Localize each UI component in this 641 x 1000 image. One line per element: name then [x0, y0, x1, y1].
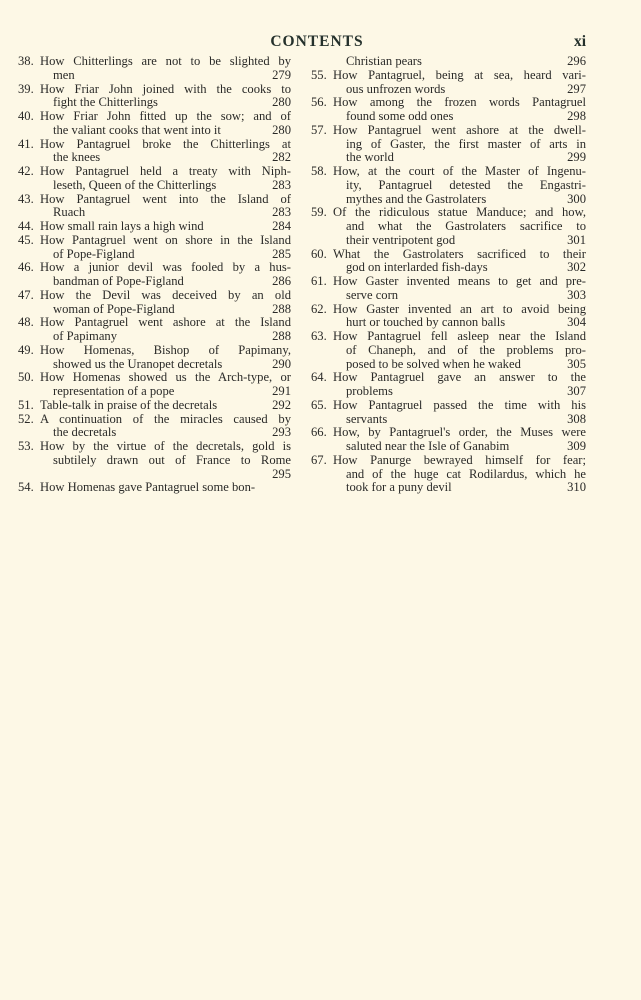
chapter-title-text: Of the ridiculous statue Manduce; and ho…	[333, 206, 586, 220]
page-ref: 279	[272, 69, 291, 83]
chapter-title-text: posed to be solved when he waked	[346, 357, 521, 371]
entry-line: subtilely drawn out of France to Rome	[18, 454, 291, 468]
contents-entry: 51.Table-talk in praise of the decretals…	[18, 399, 291, 413]
entry-line: 46.How a junior devil was fooled by a hu…	[18, 261, 291, 275]
entry-line: serve corn303	[311, 289, 586, 303]
entry-line: 45.How Pantagruel went on shore in the I…	[18, 234, 291, 248]
chapter-title-text: How Pantagruel held a treaty with Niph-	[40, 165, 291, 179]
chapter-title-text: ity, Pantagruel detested the Engastri-	[346, 179, 586, 193]
page-ref: 301	[567, 234, 586, 248]
entry-line: ing of Gaster, the first master of arts …	[311, 138, 586, 152]
chapter-title-text: servants	[346, 412, 387, 426]
page-ref: 307	[567, 385, 586, 399]
entry-line: the world299	[311, 151, 586, 165]
entry-line: 295	[18, 468, 291, 482]
contents-entry: 46.How a junior devil was fooled by a hu…	[18, 261, 291, 289]
entry-line: took for a puny devil310	[311, 481, 586, 495]
chapter-title-text: problems	[346, 384, 393, 398]
chapter-number: 58.	[311, 165, 333, 179]
entry-line: their ventripotent god301	[311, 234, 586, 248]
contents-entry: 58.How, at the court of the Master of In…	[311, 165, 586, 206]
page-ref: 288	[272, 303, 291, 317]
contents-entry: 45.How Pantagruel went on shore in the I…	[18, 234, 291, 262]
chapter-title-text: How a junior devil was fooled by a hus-	[40, 261, 291, 275]
entry-line: 44.How small rain lays a high wind284	[18, 220, 291, 234]
chapter-title-text: How Gaster invented an art to avoid bein…	[333, 303, 586, 317]
entry-line: of Papimany288	[18, 330, 291, 344]
entry-line: found some odd ones298	[311, 110, 586, 124]
chapter-title-text: took for a puny devil	[346, 480, 452, 494]
contents-entry: 42.How Pantagruel held a treaty with Nip…	[18, 165, 291, 193]
chapter-number: 45.	[18, 234, 40, 248]
chapter-number: 65.	[311, 399, 333, 413]
contents-entry: 56.How among the frozen words Pantagruel…	[311, 96, 586, 124]
entry-line: 54.How Homenas gave Pantagruel some bon-	[18, 481, 291, 495]
entry-line: woman of Pope-Figland288	[18, 303, 291, 317]
chapter-title-text: How Pantagruel went ashore at the dwell-	[333, 124, 586, 138]
page-ref: 284	[272, 220, 291, 234]
page-ref: 283	[272, 206, 291, 220]
chapter-title-text: How the Devil was deceived by an old	[40, 289, 291, 303]
entry-line: the valiant cooks that went into it280	[18, 124, 291, 138]
chapter-number: 60.	[311, 248, 333, 262]
contents-entry: 39.How Friar John joined with the cooks …	[18, 83, 291, 111]
entry-line: 63.How Pantagruel fell asleep near the I…	[311, 330, 586, 344]
chapter-title-text: How Friar John joined with the cooks to	[40, 83, 291, 97]
page-ref: 303	[567, 289, 586, 303]
chapter-title-text: of Papimany	[53, 329, 117, 343]
entry-line: 43.How Pantagruel went into the Island o…	[18, 193, 291, 207]
page-ref: 280	[272, 124, 291, 138]
chapter-title-text: How among the frozen words Pantagruel	[333, 96, 586, 110]
contents-entry: 40.How Friar John fitted up the sow; and…	[18, 110, 291, 138]
entry-line: 59.Of the ridiculous statue Manduce; and…	[311, 206, 586, 220]
contents-entry: 63.How Pantagruel fell asleep near the I…	[311, 330, 586, 371]
contents-entry: 66.How, by Pantagruel's order, the Muses…	[311, 426, 586, 454]
chapter-title-text: showed us the Uranopet decretals	[53, 357, 222, 371]
chapter-title-text: of Pope-Figland	[53, 247, 135, 261]
chapter-title-text: How Chitterlings are not to be slighted …	[40, 55, 291, 69]
contents-entry: 53.How by the virtue of the decretals, g…	[18, 440, 291, 481]
chapter-title-text: How Homenas showed us the Arch-type, or	[40, 371, 291, 385]
entry-line: 66.How, by Pantagruel's order, the Muses…	[311, 426, 586, 440]
page-ref: 283	[272, 179, 291, 193]
entry-line: of Chaneph, and of the problems pro-	[311, 344, 586, 358]
chapter-title-text: How Homenas, Bishop of Papimany,	[40, 344, 291, 358]
page-ref: 297	[567, 83, 586, 97]
chapter-title-text: How Pantagruel gave an answer to the	[333, 371, 586, 385]
chapter-title-text: How Pantagruel went on shore in the Isla…	[40, 234, 291, 248]
entry-line: 39.How Friar John joined with the cooks …	[18, 83, 291, 97]
contents-column-left: 38.How Chitterlings are not to be slight…	[18, 55, 291, 495]
chapter-title-text: Table-talk in praise of the decretals	[40, 398, 217, 412]
chapter-title-text: of Chaneph, and of the problems pro-	[346, 344, 586, 358]
entry-line: 58.How, at the court of the Master of In…	[311, 165, 586, 179]
entry-line: 40.How Friar John fitted up the sow; and…	[18, 110, 291, 124]
contents-entry: 65.How Pantagruel passed the time with h…	[311, 399, 586, 427]
page-ref: 293	[272, 426, 291, 440]
chapter-title-text: and of the huge cat Rodilardus, which he	[346, 468, 586, 482]
page-ref: 299	[567, 151, 586, 165]
chapter-title-text: subtilely drawn out of France to Rome	[53, 454, 291, 468]
chapter-title-text: bandman of Pope-Figland	[53, 274, 184, 288]
chapter-title-text: How Homenas gave Pantagruel some bon-	[40, 480, 255, 494]
entry-line: 61.How Gaster invented means to get and …	[311, 275, 586, 289]
chapter-number: 48.	[18, 316, 40, 330]
chapter-title-text: the decretals	[53, 425, 116, 439]
page-ref: 295	[272, 468, 291, 482]
entry-line: 62.How Gaster invented an art to avoid b…	[311, 303, 586, 317]
chapter-title-text: the valiant cooks that went into it	[53, 123, 221, 137]
chapter-number: 41.	[18, 138, 40, 152]
page-ref: 290	[272, 358, 291, 372]
chapter-title-text: How Pantagruel went into the Island of	[40, 193, 291, 207]
entry-line: 56.How among the frozen words Pantagruel	[311, 96, 586, 110]
contents-entry: 41.How Pantagruel broke the Chitterlings…	[18, 138, 291, 166]
entry-line: 67.How Panurge bewrayed himself for fear…	[311, 454, 586, 468]
entry-line: and what the Gastrolaters sacrifice to	[311, 220, 586, 234]
page-ref: 291	[272, 385, 291, 399]
entry-line: 50.How Homenas showed us the Arch-type, …	[18, 371, 291, 385]
chapter-title-text: leseth, Queen of the Chitterlings	[53, 178, 216, 192]
chapter-title-text: found some odd ones	[346, 109, 453, 123]
chapter-title-text: How, at the court of the Master of Ingen…	[333, 165, 586, 179]
contents-entry: 43.How Pantagruel went into the Island o…	[18, 193, 291, 221]
entry-line: 47.How the Devil was deceived by an old	[18, 289, 291, 303]
chapter-number: 55.	[311, 69, 333, 83]
chapter-number: 67.	[311, 454, 333, 468]
chapter-number: 62.	[311, 303, 333, 317]
entry-line: 41.How Pantagruel broke the Chitterlings…	[18, 138, 291, 152]
chapter-number: 57.	[311, 124, 333, 138]
chapter-title-text: the knees	[53, 150, 100, 164]
entry-line: 42.How Pantagruel held a treaty with Nip…	[18, 165, 291, 179]
chapter-number: 50.	[18, 371, 40, 385]
chapter-title-text: How Pantagruel broke the Chitterlings at	[40, 138, 291, 152]
chapter-number: 44.	[18, 220, 40, 234]
entry-line: saluted near the Isle of Ganabim309	[311, 440, 586, 454]
book-page: CONTENTS xi 38.How Chitterlings are not …	[0, 0, 641, 1000]
entry-line: 48.How Pantagruel went ashore at the Isl…	[18, 316, 291, 330]
chapter-number: 39.	[18, 83, 40, 97]
chapter-number: 51.	[18, 399, 40, 413]
chapter-title-text: serve corn	[346, 288, 398, 302]
running-head: CONTENTS xi	[18, 33, 586, 53]
chapter-number: 64.	[311, 371, 333, 385]
chapter-title-text: How small rain lays a high wind	[40, 219, 204, 233]
chapter-number: 61.	[311, 275, 333, 289]
entry-line: problems307	[311, 385, 586, 399]
contents-entry: 38.How Chitterlings are not to be slight…	[18, 55, 291, 83]
chapter-title-text: the world	[346, 150, 394, 164]
contents-entry: 52.A continuation of the miracles caused…	[18, 413, 291, 441]
chapter-number: 54.	[18, 481, 40, 495]
page-ref: 304	[567, 316, 586, 330]
chapter-title-text: How Friar John fitted up the sow; and of	[40, 110, 291, 124]
page-ref: 310	[567, 481, 586, 495]
page-ref: 298	[567, 110, 586, 124]
page-ref: 292	[272, 399, 291, 413]
contents-entry: 64.How Pantagruel gave an answer to thep…	[311, 371, 586, 399]
contents-entry: Christian pears296	[311, 55, 586, 69]
entry-line: bandman of Pope-Figland286	[18, 275, 291, 289]
entry-line: leseth, Queen of the Chitterlings283	[18, 179, 291, 193]
chapter-title-text: How Pantagruel passed the time with his	[333, 399, 586, 413]
chapter-title-text: hurt or touched by cannon balls	[346, 315, 505, 329]
entry-line: 38.How Chitterlings are not to be slight…	[18, 55, 291, 69]
chapter-title-text: representation of a pope	[53, 384, 174, 398]
contents-entry: 60.What the Gastrolaters sacrificed to t…	[311, 248, 586, 276]
entry-line: posed to be solved when he waked305	[311, 358, 586, 372]
entry-line: showed us the Uranopet decretals290	[18, 358, 291, 372]
page-ref: 309	[567, 440, 586, 454]
entry-line: 52.A continuation of the miracles caused…	[18, 413, 291, 427]
chapter-title-text: ous unfrozen words	[346, 82, 445, 96]
entry-line: fight the Chitterlings280	[18, 96, 291, 110]
contents-entry: 57.How Pantagruel went ashore at the dwe…	[311, 124, 586, 165]
contents-entry: 50.How Homenas showed us the Arch-type, …	[18, 371, 291, 399]
entry-line: and of the huge cat Rodilardus, which he	[311, 468, 586, 482]
chapter-number: 49.	[18, 344, 40, 358]
chapter-title-text: mythes and the Gastrolaters	[346, 192, 486, 206]
page-ref: 308	[567, 413, 586, 427]
contents-entry: 47.How the Devil was deceived by an oldw…	[18, 289, 291, 317]
entry-line: hurt or touched by cannon balls304	[311, 316, 586, 330]
entry-line: 49.How Homenas, Bishop of Papimany,	[18, 344, 291, 358]
chapter-title-text: How Pantagruel went ashore at the Island	[40, 316, 291, 330]
contents-entry: 59.Of the ridiculous statue Manduce; and…	[311, 206, 586, 247]
chapter-number: 66.	[311, 426, 333, 440]
page-ref: 280	[272, 96, 291, 110]
entry-line: the decretals293	[18, 426, 291, 440]
entry-line: Christian pears296	[311, 55, 586, 69]
chapter-title-text: Ruach	[53, 205, 85, 219]
chapter-number: 42.	[18, 165, 40, 179]
chapter-number: 38.	[18, 55, 40, 69]
chapter-title-text: Christian pears	[346, 54, 422, 68]
entry-line: 53.How by the virtue of the decretals, g…	[18, 440, 291, 454]
entry-line: men279	[18, 69, 291, 83]
entry-line: 57.How Pantagruel went ashore at the dwe…	[311, 124, 586, 138]
page-ref: 282	[272, 151, 291, 165]
entry-line: the knees282	[18, 151, 291, 165]
chapter-number: 53.	[18, 440, 40, 454]
chapter-number: 63.	[311, 330, 333, 344]
contents-entry: 48.How Pantagruel went ashore at the Isl…	[18, 316, 291, 344]
entry-line: 51.Table-talk in praise of the decretals…	[18, 399, 291, 413]
entry-line: servants308	[311, 413, 586, 427]
chapter-title-text: How Pantagruel, being at sea, heard vari…	[333, 69, 586, 83]
contents-entry: 62.How Gaster invented an art to avoid b…	[311, 303, 586, 331]
page-ref: 296	[567, 55, 586, 69]
chapter-title-text: How, by Pantagruel's order, the Muses we…	[333, 426, 586, 440]
chapter-title-text: How Gaster invented means to get and pre…	[333, 275, 586, 289]
entry-line: 55.How Pantagruel, being at sea, heard v…	[311, 69, 586, 83]
entry-line: ous unfrozen words297	[311, 83, 586, 97]
page-ref: 302	[567, 261, 586, 275]
entry-line: god on interlarded fish-days302	[311, 261, 586, 275]
contents-entry: 67.How Panurge bewrayed himself for fear…	[311, 454, 586, 495]
page-ref: 286	[272, 275, 291, 289]
page-ref: 285	[272, 248, 291, 262]
entry-line: Ruach283	[18, 206, 291, 220]
page-title: CONTENTS	[18, 33, 586, 51]
chapter-number: 59.	[311, 206, 333, 220]
chapter-title-text: A continuation of the miracles caused by	[40, 413, 291, 427]
chapter-title-text: god on interlarded fish-days	[346, 260, 488, 274]
page-ref: 305	[567, 358, 586, 372]
entry-line: 65.How Pantagruel passed the time with h…	[311, 399, 586, 413]
chapter-number: 46.	[18, 261, 40, 275]
contents-column-right: Christian pears29655.How Pantagruel, bei…	[311, 55, 586, 495]
chapter-title-text: men	[53, 68, 75, 82]
entry-line: of Pope-Figland285	[18, 248, 291, 262]
page-ref: 300	[567, 193, 586, 207]
entry-line: representation of a pope291	[18, 385, 291, 399]
contents-entry: 44.How small rain lays a high wind284	[18, 220, 291, 234]
chapter-title-text: saluted near the Isle of Ganabim	[346, 439, 509, 453]
chapter-number: 43.	[18, 193, 40, 207]
chapter-title-text: their ventripotent god	[346, 233, 455, 247]
chapter-number: 52.	[18, 413, 40, 427]
page-ref: 288	[272, 330, 291, 344]
chapter-title-text: How by the virtue of the decretals, gold…	[40, 440, 291, 454]
entry-line: ity, Pantagruel detested the Engastri-	[311, 179, 586, 193]
chapter-title-text: and what the Gastrolaters sacrifice to	[346, 220, 586, 234]
chapter-title-text: woman of Pope-Figland	[53, 302, 175, 316]
entry-line: mythes and the Gastrolaters300	[311, 193, 586, 207]
entry-line: 64.How Pantagruel gave an answer to the	[311, 371, 586, 385]
contents-entry: 61.How Gaster invented means to get and …	[311, 275, 586, 303]
chapter-title-text: ing of Gaster, the first master of arts …	[346, 138, 586, 152]
contents-entry: 55.How Pantagruel, being at sea, heard v…	[311, 69, 586, 97]
page-number: xi	[574, 33, 586, 51]
entry-line: 60.What the Gastrolaters sacrificed to t…	[311, 248, 586, 262]
chapter-number: 47.	[18, 289, 40, 303]
chapter-title-text: fight the Chitterlings	[53, 95, 158, 109]
chapter-title-text: What the Gastrolaters sacrificed to thei…	[333, 248, 586, 262]
chapter-title-text: How Pantagruel fell asleep near the Isla…	[333, 330, 586, 344]
chapter-number: 56.	[311, 96, 333, 110]
contents-entry: 54.How Homenas gave Pantagruel some bon-	[18, 481, 291, 495]
chapter-number: 40.	[18, 110, 40, 124]
chapter-title-text: How Panurge bewrayed himself for fear;	[333, 454, 586, 468]
contents-entry: 49.How Homenas, Bishop of Papimany,showe…	[18, 344, 291, 372]
